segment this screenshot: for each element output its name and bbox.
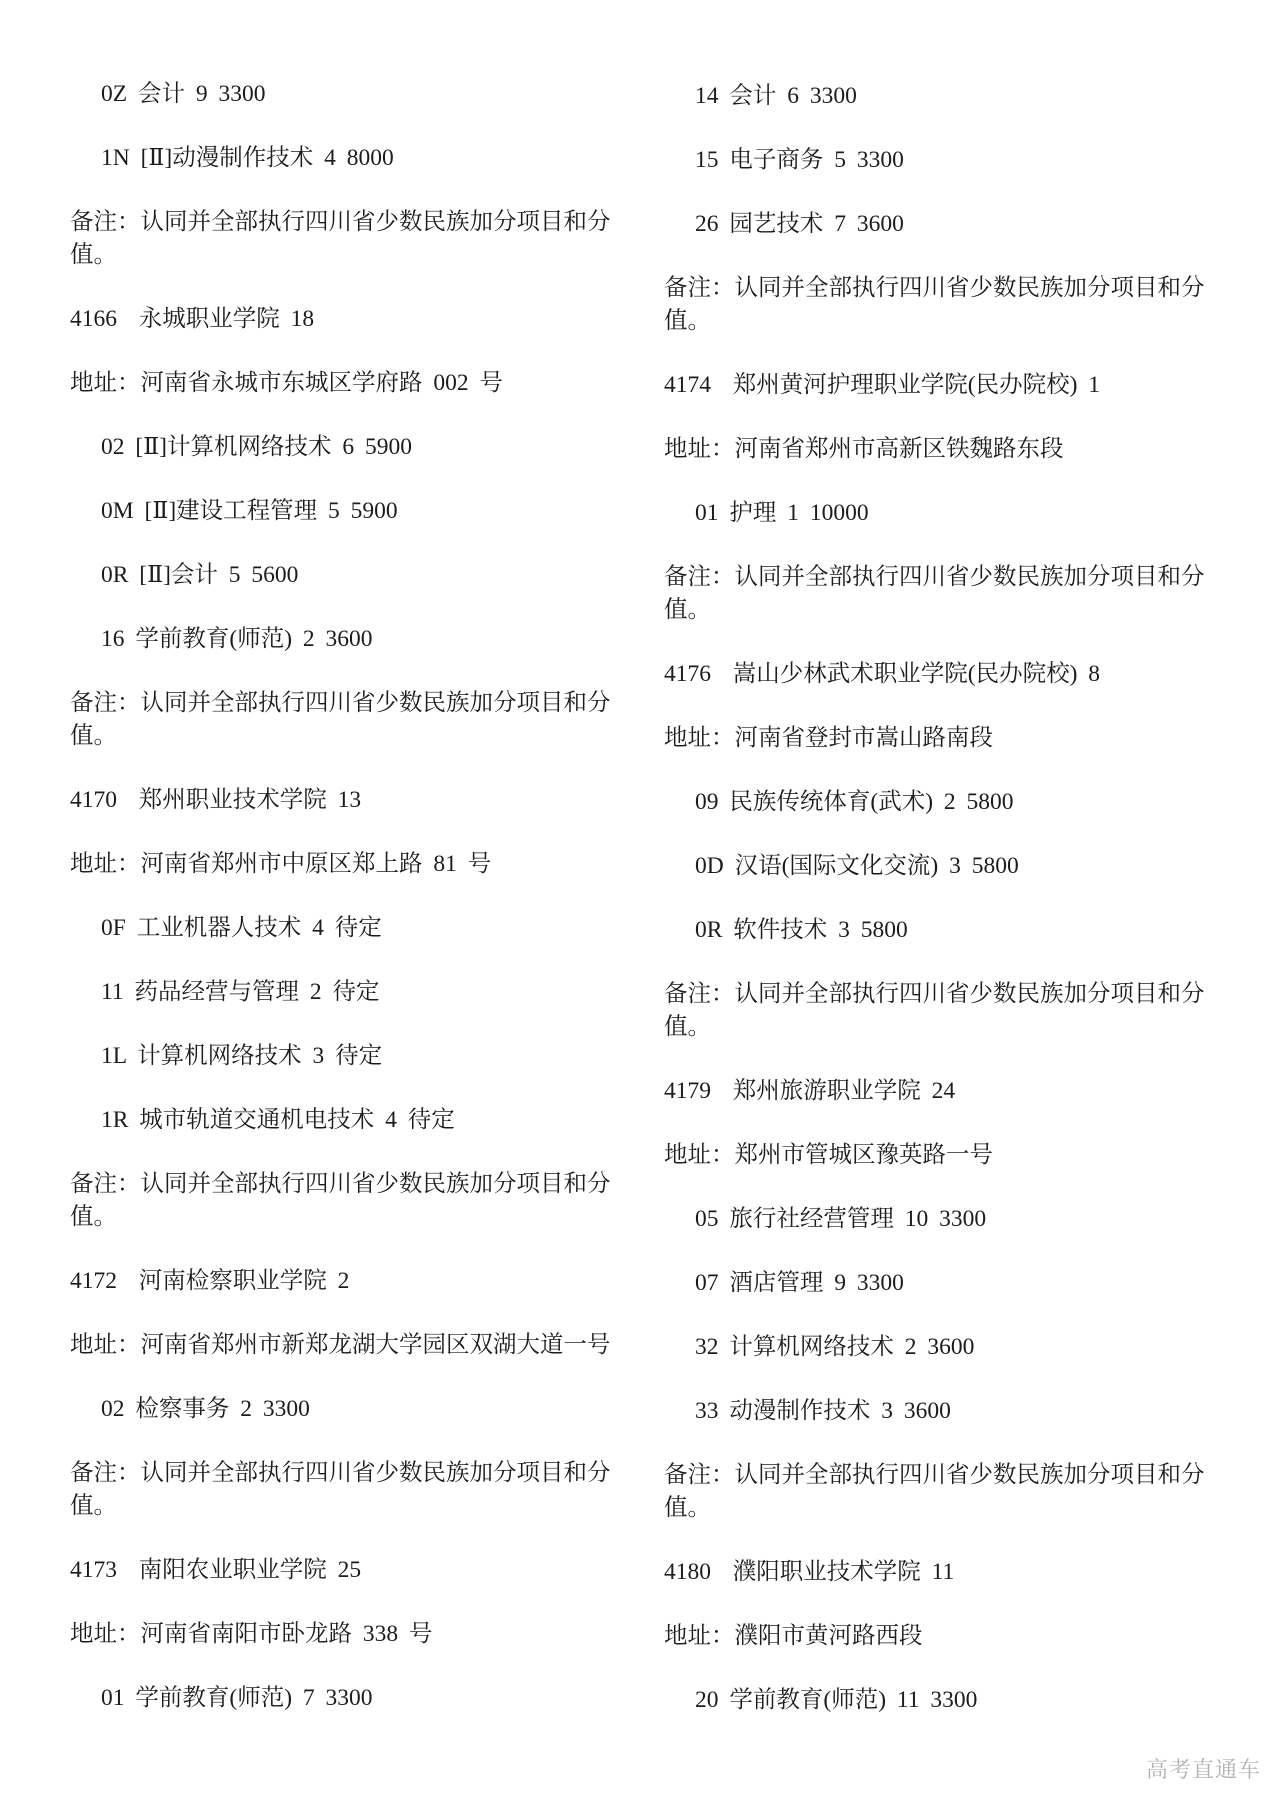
major-line: 02 [Ⅱ]计算机网络技术 6 5900 <box>70 431 626 464</box>
note-line: 备注：认同并全部执行四川省少数民族加分项目和分 <box>664 978 1220 1011</box>
note-line: 备注：认同并全部执行四川省少数民族加分项目和分 <box>664 272 1220 305</box>
note-line: 备注：认同并全部执行四川省少数民族加分项目和分 <box>70 687 626 720</box>
major-line: 0D 汉语(国际文化交流) 3 5800 <box>664 850 1220 883</box>
college-line: 4174 郑州黄河护理职业学院(民办院校) 1 <box>664 369 1220 402</box>
column-left: 0Z 会计 9 33001N [Ⅱ]动漫制作技术 4 8000备注：认同并全部执… <box>70 0 626 1715</box>
major-line: 0Z 会计 9 3300 <box>70 78 626 111</box>
column-right: 14 会计 6 330015 电子商务 5 330026 园艺技术 7 3600… <box>664 0 1220 1717</box>
major-line: 0R 软件技术 3 5800 <box>664 914 1220 947</box>
note2-line: 值。 <box>70 1490 626 1523</box>
major-line: 16 学前教育(师范) 2 3600 <box>70 623 626 656</box>
note2-line: 值。 <box>664 594 1220 627</box>
college-line: 4180 濮阳职业技术学院 11 <box>664 1556 1220 1589</box>
address-line: 地址：濮阳市黄河路西段 <box>664 1620 1220 1653</box>
watermark: 高考直通车 <box>1146 1757 1261 1783</box>
note2-line: 值。 <box>664 305 1220 338</box>
note2-line: 值。 <box>70 1201 626 1234</box>
college-line: 4173 南阳农业职业学院 25 <box>70 1554 626 1587</box>
college-line: 4179 郑州旅游职业学院 24 <box>664 1075 1220 1108</box>
major-line: 09 民族传统体育(武术) 2 5800 <box>664 786 1220 819</box>
major-line: 11 药品经营与管理 2 待定 <box>70 976 626 1009</box>
major-line: 1R 城市轨道交通机电技术 4 待定 <box>70 1104 626 1137</box>
major-line: 0R [Ⅱ]会计 5 5600 <box>70 559 626 592</box>
college-line: 4166 永城职业学院 18 <box>70 303 626 336</box>
major-line: 32 计算机网络技术 2 3600 <box>664 1331 1220 1364</box>
note2-line: 值。 <box>664 1492 1220 1525</box>
major-line: 02 检察事务 2 3300 <box>70 1393 626 1426</box>
note-line: 备注：认同并全部执行四川省少数民族加分项目和分 <box>70 206 626 239</box>
note2-line: 值。 <box>70 239 626 272</box>
college-line: 4176 嵩山少林武术职业学院(民办院校) 8 <box>664 658 1220 691</box>
college-line: 4172 河南检察职业学院 2 <box>70 1265 626 1298</box>
address-line: 地址：河南省南阳市卧龙路 338 号 <box>70 1618 626 1651</box>
major-line: 0F 工业机器人技术 4 待定 <box>70 912 626 945</box>
major-line: 14 会计 6 3300 <box>664 80 1220 113</box>
major-line: 1L 计算机网络技术 3 待定 <box>70 1040 626 1073</box>
address-line: 地址：河南省郑州市高新区铁魏路东段 <box>664 433 1220 466</box>
major-line: 01 学前教育(师范) 7 3300 <box>70 1682 626 1715</box>
note2-line: 值。 <box>70 720 626 753</box>
address-line: 地址：河南省登封市嵩山路南段 <box>664 722 1220 755</box>
major-line: 26 园艺技术 7 3600 <box>664 208 1220 241</box>
document-page: 0Z 会计 9 33001N [Ⅱ]动漫制作技术 4 8000备注：认同并全部执… <box>0 0 1280 1810</box>
major-line: 07 酒店管理 9 3300 <box>664 1267 1220 1300</box>
address-line: 地址：河南省永城市东城区学府路 002 号 <box>70 367 626 400</box>
major-line: 20 学前教育(师范) 11 3300 <box>664 1684 1220 1717</box>
major-line: 33 动漫制作技术 3 3600 <box>664 1395 1220 1428</box>
major-line: 01 护理 1 10000 <box>664 497 1220 530</box>
address-line: 地址：河南省郑州市新郑龙湖大学园区双湖大道一号 <box>70 1329 626 1362</box>
note-line: 备注：认同并全部执行四川省少数民族加分项目和分 <box>664 561 1220 594</box>
note-line: 备注：认同并全部执行四川省少数民族加分项目和分 <box>70 1168 626 1201</box>
note-line: 备注：认同并全部执行四川省少数民族加分项目和分 <box>664 1459 1220 1492</box>
major-line: 05 旅行社经营管理 10 3300 <box>664 1203 1220 1236</box>
major-line: 1N [Ⅱ]动漫制作技术 4 8000 <box>70 142 626 175</box>
major-line: 15 电子商务 5 3300 <box>664 144 1220 177</box>
address-line: 地址：郑州市管城区豫英路一号 <box>664 1139 1220 1172</box>
address-line: 地址：河南省郑州市中原区郑上路 81 号 <box>70 848 626 881</box>
major-line: 0M [Ⅱ]建设工程管理 5 5900 <box>70 495 626 528</box>
note2-line: 值。 <box>664 1011 1220 1044</box>
note-line: 备注：认同并全部执行四川省少数民族加分项目和分 <box>70 1457 626 1490</box>
college-line: 4170 郑州职业技术学院 13 <box>70 784 626 817</box>
